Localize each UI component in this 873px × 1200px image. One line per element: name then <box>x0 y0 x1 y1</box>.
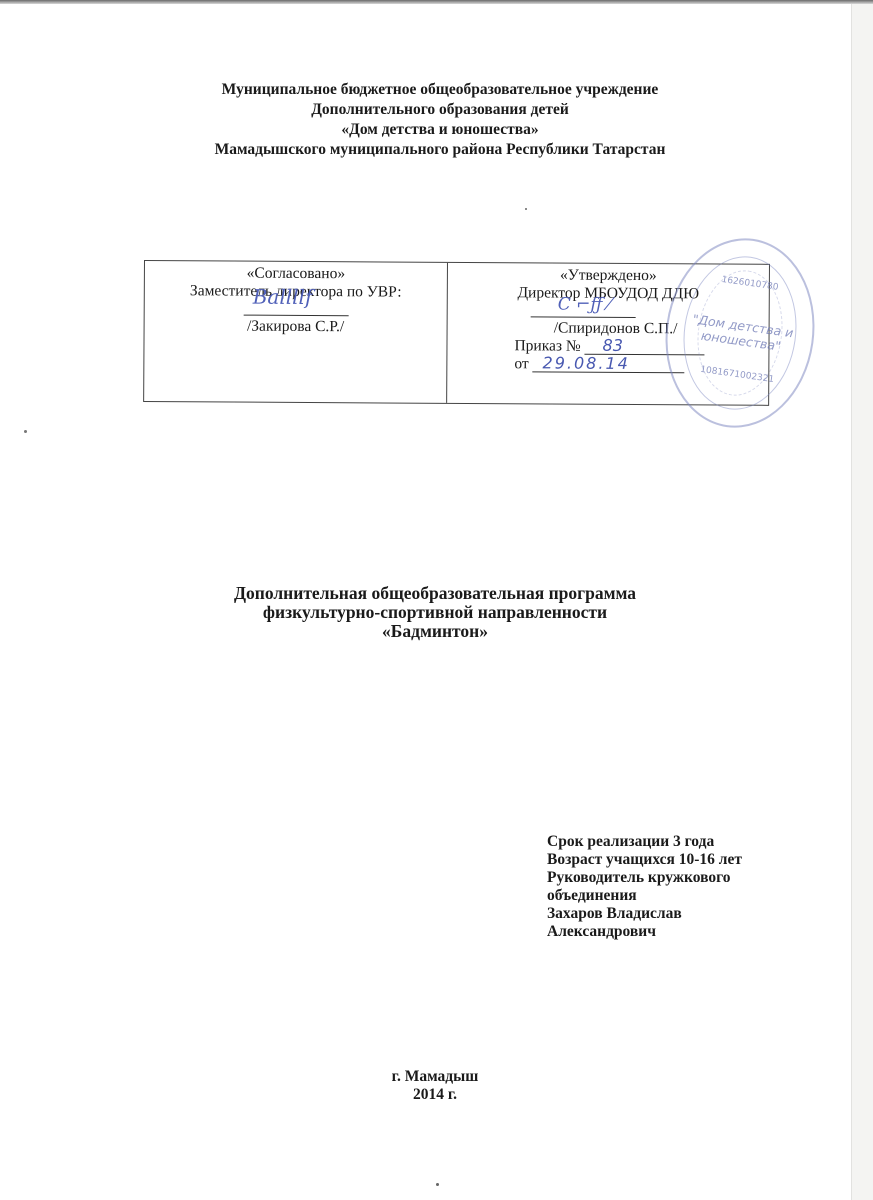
program-info: Срок реализации 3 года Возраст учащихся … <box>547 833 787 941</box>
signature-icon: Bаllllf <box>253 288 313 306</box>
city: г. Мамадыш <box>330 1068 540 1086</box>
header-line: «Дом детства и юношества» <box>140 120 740 140</box>
year: 2014 г. <box>330 1086 540 1104</box>
agreed-heading: «Согласовано» <box>145 264 447 284</box>
agreed-cell: «Согласовано» Заместитель директора по У… <box>144 261 448 403</box>
stamp-text: "Дом детства и юношества" <box>684 311 799 356</box>
scan-speck <box>24 430 27 433</box>
agreed-name: /Закирова С.Р./ <box>145 317 447 337</box>
header-line: Мамадышского муниципального района Респу… <box>140 140 740 160</box>
official-stamp-icon: 1626010780 "Дом детства и юношества" 108… <box>653 229 826 438</box>
scan-speck <box>525 208 527 210</box>
header-line: Муниципальное бюджетное общеобразователь… <box>140 80 740 100</box>
scan-speck <box>436 1183 439 1186</box>
order-label: Приказ № <box>514 337 580 354</box>
leader-name: Захаров Владислав Александрович <box>547 905 787 941</box>
duration: Срок реализации 3 года <box>547 833 787 851</box>
scan-top-edge <box>0 0 873 4</box>
title-line: Дополнительная общеобразовательная прогр… <box>180 584 690 603</box>
header-line: Дополнительного образования детей <box>140 100 740 120</box>
stamp-code: 1081671002321 <box>692 364 783 386</box>
program-title: Дополнительная общеобразовательная прогр… <box>180 584 690 641</box>
signature-line <box>243 315 348 317</box>
stamp-code: 1626010780 <box>705 273 796 295</box>
leader-label: Руководитель кружкового объединения <box>547 869 787 905</box>
age-range: Возраст учащихся 10-16 лет <box>547 851 787 869</box>
title-line: «Бадминтон» <box>180 622 690 641</box>
date-label: от <box>514 355 528 372</box>
footer: г. Мамадыш 2014 г. <box>330 1068 540 1104</box>
institution-header: Муниципальное бюджетное общеобразователь… <box>140 80 740 160</box>
signature-line <box>531 316 636 318</box>
title-line: физкультурно-спортивной направленности <box>180 603 690 622</box>
signature-icon: C ⌐ƒƒ ⁄ <box>558 296 611 314</box>
date-value: 29.08.14 <box>533 355 685 373</box>
scan-right-margin <box>851 4 873 1200</box>
